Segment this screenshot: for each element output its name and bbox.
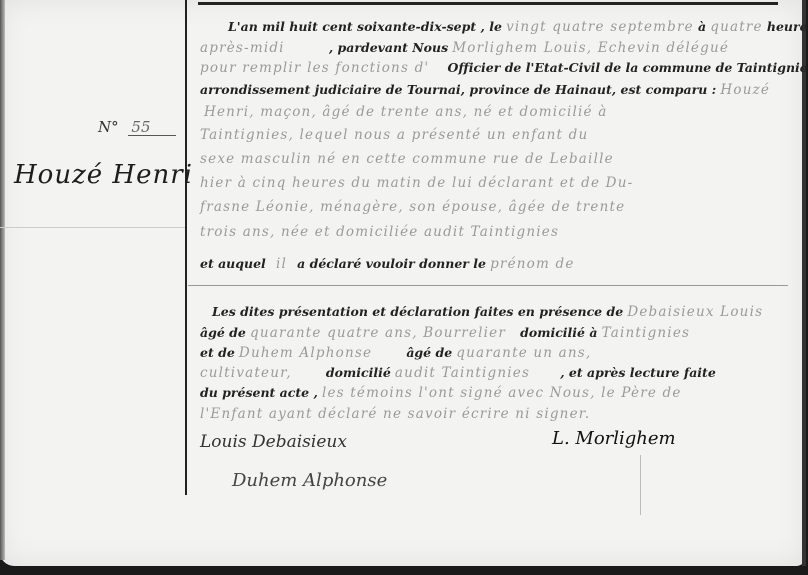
handwritten-text: Taintignies, lequel nous a présenté un e… bbox=[200, 127, 588, 143]
printed-text: Les dites présentation et déclaration fa… bbox=[212, 304, 623, 319]
witness-line: Les dites présentation et déclaration fa… bbox=[212, 304, 763, 321]
handwritten-text: Debaisieux Louis bbox=[627, 304, 763, 320]
number-value: 55 bbox=[131, 118, 150, 136]
act-number: N° 55 bbox=[98, 118, 151, 136]
witness-line: du présent acte , les témoins l'ont sign… bbox=[200, 385, 682, 402]
printed-text: du présent acte , bbox=[200, 385, 318, 400]
printed-text: et auquel bbox=[200, 256, 266, 271]
signature-witness-1: Louis Debaisieux bbox=[200, 432, 347, 452]
page-edge-right bbox=[802, 0, 806, 566]
act-line: et auquel il a déclaré vouloir donner le… bbox=[200, 256, 575, 273]
printed-text: et de bbox=[200, 345, 235, 360]
signature-witness-2: Duhem Alphonse bbox=[232, 470, 387, 491]
register-page: N° 55 Houzé Henri L'an mil huit cent soi… bbox=[0, 0, 806, 566]
act-line: pour remplir les fonctions d' Officier d… bbox=[200, 60, 808, 77]
act-section: L'an mil huit cent soixante-dix-sept , l… bbox=[200, 0, 800, 285]
section-divider bbox=[188, 285, 788, 286]
printed-text: Officier de l'Etat-Civil de la commune d… bbox=[447, 60, 808, 75]
handwritten-text: quarante un ans, bbox=[456, 345, 591, 361]
handwritten-text: Taintignies bbox=[602, 325, 691, 341]
handwritten-text: les témoins l'ont signé avec Nous, le Pè… bbox=[322, 385, 682, 401]
faint-divider bbox=[640, 455, 641, 515]
handwritten-text: cultivateur, bbox=[200, 365, 292, 381]
handwritten-text: quarante quatre ans, Bourrelier bbox=[250, 325, 506, 341]
signature-officer: L. Morlighem bbox=[552, 428, 676, 449]
handwritten-text: quatre bbox=[710, 19, 762, 35]
handwritten-text: Houzé bbox=[720, 82, 770, 98]
printed-text: arrondissement judiciaire de Tournai, pr… bbox=[200, 82, 716, 97]
act-line: arrondissement judiciaire de Tournai, pr… bbox=[200, 82, 770, 99]
act-line: L'an mil huit cent soixante-dix-sept , l… bbox=[228, 19, 808, 36]
margin-rule bbox=[0, 227, 185, 228]
page-edge-left bbox=[0, 0, 5, 560]
printed-text: L'an mil huit cent soixante-dix-sept , l… bbox=[228, 19, 502, 34]
act-line: trois ans, née et domiciliée audit Taint… bbox=[200, 224, 559, 241]
witness-line: l'Enfant ayant déclaré ne savoir écrire … bbox=[200, 406, 590, 423]
act-line: hier à cinq heures du matin de lui décla… bbox=[200, 175, 633, 192]
witness-section: Les dites présentation et déclaration fa… bbox=[200, 290, 800, 430]
margin-name: Houzé Henri bbox=[14, 160, 193, 190]
printed-text: âgé de bbox=[200, 325, 246, 340]
handwritten-text: Morlighem Louis, Echevin délégué bbox=[452, 40, 729, 56]
act-line: Taintignies, lequel nous a présenté un e… bbox=[200, 127, 588, 144]
witness-line: cultivateur, domicilié audit Taintignies… bbox=[200, 365, 716, 382]
act-line: frasne Léonie, ménagère, son épouse, âgé… bbox=[200, 199, 625, 216]
handwritten-text: pour remplir les fonctions d' bbox=[200, 60, 429, 76]
printed-text: a déclaré vouloir donner le bbox=[297, 256, 486, 271]
printed-text: , pardevant Nous bbox=[329, 40, 448, 55]
handwritten-text: Henri, maçon, âgé de trente ans, né et d… bbox=[204, 104, 607, 120]
act-line: après-midi , pardevant Nous Morlighem Lo… bbox=[200, 40, 729, 57]
handwritten-text: sexe masculin né en cette commune rue de… bbox=[200, 151, 614, 167]
printed-text: , et après lecture faite bbox=[560, 365, 716, 380]
number-prefix: N° bbox=[98, 118, 119, 136]
margin-divider bbox=[185, 0, 187, 495]
printed-text: heures bbox=[767, 19, 808, 34]
witness-line: âgé de quarante quatre ans, Bourrelier d… bbox=[200, 325, 690, 342]
printed-text: domicilié bbox=[326, 365, 391, 380]
handwritten-text: Duhem Alphonse bbox=[239, 345, 372, 361]
handwritten-text: vingt quatre septembre bbox=[506, 19, 694, 35]
printed-text: domicilié à bbox=[520, 325, 597, 340]
handwritten-text: hier à cinq heures du matin de lui décla… bbox=[200, 175, 633, 191]
act-line: Henri, maçon, âgé de trente ans, né et d… bbox=[204, 104, 607, 121]
handwritten-text: l'Enfant ayant déclaré ne savoir écrire … bbox=[200, 406, 590, 422]
handwritten-text: trois ans, née et domiciliée audit Taint… bbox=[200, 224, 559, 240]
printed-text: à bbox=[698, 19, 706, 34]
handwritten-text: prénom de bbox=[490, 256, 574, 272]
act-line: sexe masculin né en cette commune rue de… bbox=[200, 151, 614, 168]
handwritten-text: après-midi bbox=[200, 40, 285, 56]
witness-line: et de Duhem Alphonse âgé de quarante un … bbox=[200, 345, 591, 362]
handwritten-text: audit Taintignies bbox=[395, 365, 530, 381]
handwritten-text: frasne Léonie, ménagère, son épouse, âgé… bbox=[200, 199, 625, 215]
handwritten-text: il bbox=[276, 256, 287, 272]
printed-text: âgé de bbox=[406, 345, 452, 360]
